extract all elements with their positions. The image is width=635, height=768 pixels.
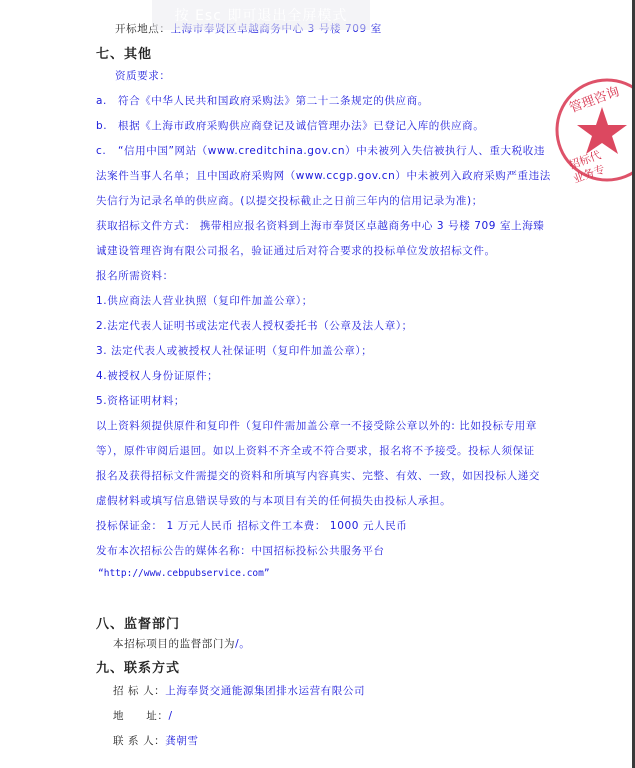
contact-row: 招 标 人：上海奉贤交通能源集团排水运营有限公司 [113, 683, 365, 698]
notes-line: 以上资料须提供原件和复印件（复印件需加盖公章一不接受除公章以外的: 比如投标专用… [96, 418, 537, 433]
contact-row: 联 系 人：龚朝雪 [113, 733, 199, 748]
obtain-method-line2: 诚建设管理咨询有限公司报名，验证通过后对符合要求的投标单位发放招标文件。 [96, 243, 496, 258]
notes-line: 报名及获得招标文件需提交的资料和所填写内容真实、完整、有效、一致，如因投标人递交 [96, 468, 540, 483]
notes-line: 等），原件审阅后退回。如以上资料不齐全或不符合要求，报名将不予接受。投标人须保证 [96, 443, 535, 458]
item-marker: c. [96, 145, 118, 157]
qual-item-b: b.根据《上海市政府采购供应商登记及诚信管理办法》已登记入库的供应商。 [96, 118, 484, 133]
media-line: 发布本次招标公告的媒体名称：中国招标投标公共服务平台 [96, 543, 385, 558]
item-text: “信用中国”网站（www.creditchina.gov.cn）中未被列入失信被… [118, 145, 545, 157]
material-item: 3. 法定代表人或被授权人社保证明（复印件加盖公章）； [96, 343, 372, 358]
qualification-title: 资质要求： [115, 68, 171, 83]
contact-row: 地 址：/ [113, 708, 173, 723]
qual-item-c-line2: 法案件当事人名单；且中国政府采购网（www.ccgp.gov.cn）中未被列入政… [96, 168, 551, 183]
item-marker: b. [96, 120, 118, 132]
section8-title: 八、监督部门 [96, 613, 180, 632]
media-url: “http://www.cebpubservice.com” [98, 568, 270, 579]
fullscreen-exit-hint: 按 Esc 即可退出全屏模式 [152, 0, 370, 30]
contact-value: / [169, 710, 173, 722]
item-text: 根据《上海市政府采购供应商登记及诚信管理办法》已登记入库的供应商。 [118, 120, 484, 132]
notes-line: 虚假材料或填写信息错误导致的与本项目有关的任何损失由投标人承担。 [96, 493, 451, 508]
material-item: 4.被授权人身份证原件； [96, 368, 218, 383]
qual-item-c: c.“信用中国”网站（www.creditchina.gov.cn）中未被列入失… [96, 143, 545, 158]
contact-label: 联 系 人： [113, 735, 165, 747]
item-marker: a. [96, 95, 118, 107]
contact-value: 上海奉贤交通能源集团排水运营有限公司 [165, 685, 365, 697]
material-item: 1.供应商法人营业执照（复印件加盖公章）； [96, 293, 313, 308]
contact-label: 招 标 人： [113, 685, 165, 697]
supervision-text: 本招标项目的监督部门为/。 [113, 636, 250, 651]
contact-value: 龚朝雪 [165, 735, 198, 747]
section7-title: 七、其他 [96, 43, 152, 62]
star-icon [577, 107, 627, 154]
company-seal-stamp: 管理咨询 招标代 业务专 [552, 75, 635, 185]
material-item: 2.法定代表人证明书或法定代表人授权委托书（公章及法人章）； [96, 318, 413, 333]
materials-title: 报名所需资料： [96, 268, 174, 283]
material-item: 5.资格证明材料； [96, 393, 185, 408]
supervision-value: /。 [235, 638, 250, 650]
item-text: 符合《中华人民共和国政府采购法》第二十二条规定的供应商。 [118, 95, 429, 107]
deposit-line: 投标保证金： 1 万元人民币 招标文件工本费： 1000 元人民币 [96, 518, 407, 533]
supervision-label: 本招标项目的监督部门为 [113, 638, 235, 650]
contact-label: 地 址： [113, 710, 169, 722]
qual-item-c-line3: 失信行为记录名单的供应商。(以提交投标截止之日前三年内的信用记录为准)； [96, 193, 483, 208]
qual-item-a: a.符合《中华人民共和国政府采购法》第二十二条规定的供应商。 [96, 93, 429, 108]
section9-title: 九、联系方式 [96, 657, 180, 676]
document-page: 开标地点：上海市奉贤区卓越商务中心 3 号楼 709 室 七、其他 资质要求： … [0, 0, 632, 768]
obtain-method-line1: 获取招标文件方式： 携带相应报名资料到上海市奉贤区卓越商务中心 3 号楼 709… [96, 218, 544, 233]
